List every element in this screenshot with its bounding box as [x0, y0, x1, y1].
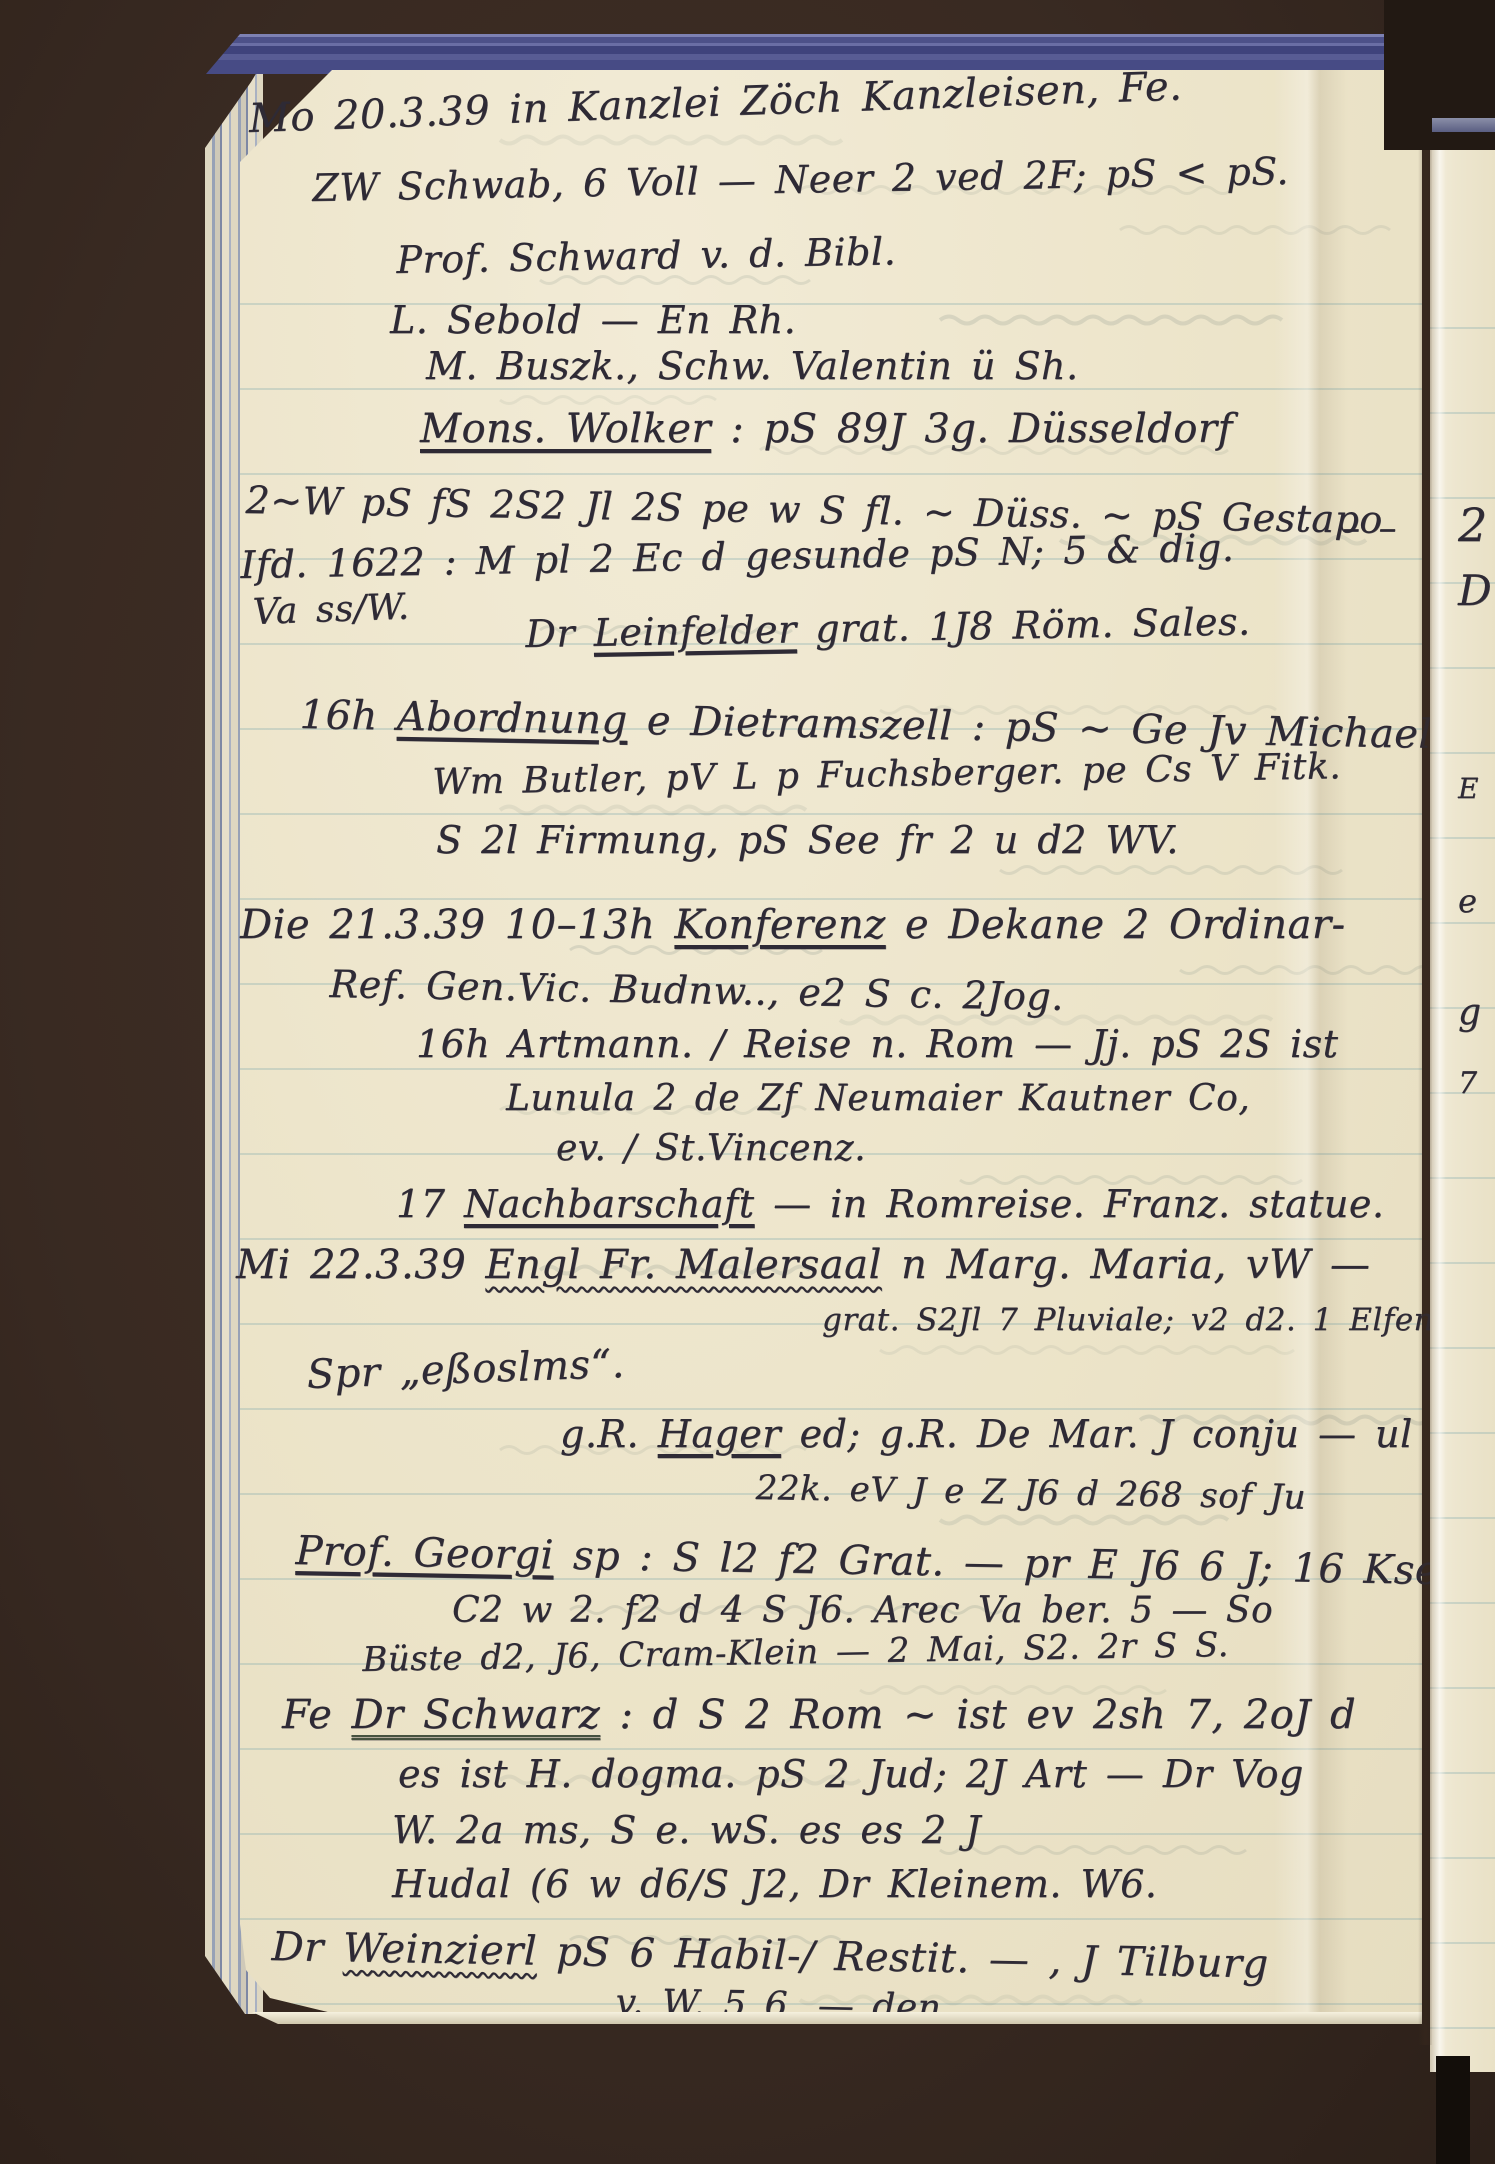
- facing-page-glyph: e: [1458, 882, 1477, 920]
- facing-page-top-edge: [1432, 118, 1495, 132]
- facing-page-glyph: 7: [1458, 1066, 1478, 1101]
- facing-page-fragment: 2DrEeg7: [1430, 140, 1495, 2072]
- facing-page-glyph: Dr: [1458, 566, 1495, 615]
- facing-page-glyph: E: [1458, 772, 1479, 805]
- photographed-notebook-scan: Mo 20.3.39 in Kanzlei Zöch Kanzleisen, F…: [0, 0, 1495, 2164]
- blue-page-top-edge: [206, 34, 1398, 74]
- gutter-shadow: [1418, 140, 1432, 2045]
- cover-bottom-shadow: [1436, 2056, 1470, 2164]
- ruled-lines: [240, 220, 1422, 2014]
- facing-page-glyph: g: [1458, 992, 1482, 1033]
- diary-page: [240, 70, 1422, 2014]
- facing-page-glyph: 2: [1458, 498, 1488, 552]
- page-crease: [1274, 70, 1348, 2014]
- facing-page-glyphs: 2DrEeg7: [1430, 140, 1495, 2072]
- page-bottom-edge: [252, 2012, 1422, 2024]
